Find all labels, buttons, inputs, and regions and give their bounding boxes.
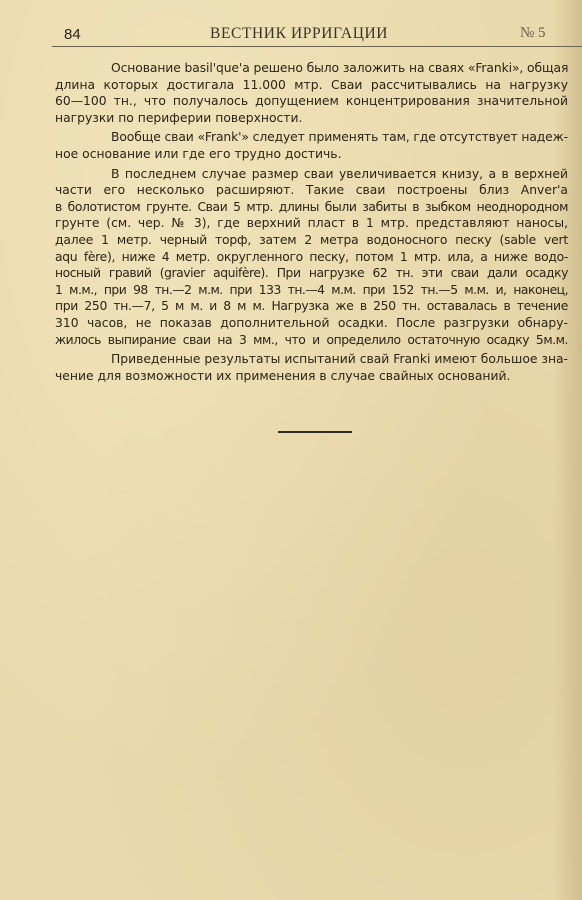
issue-number: № 5	[520, 25, 546, 42]
text-line: в болотистом грунте. Сваи 5 мтр. длины б…	[55, 199, 568, 216]
text-line: Вообще сваи «Frank'» следует применять т…	[55, 129, 568, 146]
article-body: Основание basil'que'a решено было заложи…	[55, 60, 568, 387]
text-line: 60—100 тн., что получалось допущением ко…	[55, 93, 568, 110]
text-line: 1 м.м., при 98 тн.—2 м.м. при 133 тн.—4 …	[55, 282, 568, 299]
text-line: части его несколько расширяют. Такие сва…	[55, 182, 568, 199]
text-line: 310 часов, не показав дополнительной оса…	[55, 315, 568, 332]
text-line: Приведенные результаты испытаний свай Fr…	[55, 351, 568, 368]
text-line: далее 1 метр. черный торф, затем 2 метра…	[55, 232, 568, 249]
document-page: 84 ВЕСТНИК ИРРИГАЦИИ № 5 Основание basil…	[0, 0, 582, 900]
journal-title: ВЕСТНИК ИРРИГАЦИИ	[210, 25, 388, 43]
paragraph-3: В последнем случае размер сваи увеличива…	[55, 166, 568, 349]
running-header: 84 ВЕСТНИК ИРРИГАЦИИ № 5	[52, 22, 582, 47]
text-line: жилось выпирание сваи на 3 мм., что и оп…	[55, 332, 568, 349]
paragraph-4: Приведенные результаты испытаний свай Fr…	[55, 351, 568, 384]
text-line: Основание basil'que'a решено было заложи…	[55, 60, 568, 77]
text-line: ное основание или где его трудно достичь…	[55, 146, 568, 163]
text-line: носный гравий (gravier aquifère). При на…	[55, 265, 568, 282]
page-number: 84	[64, 26, 81, 43]
section-divider	[278, 431, 352, 433]
text-line: грунте (см. чер. № 3), где верхний пласт…	[55, 215, 568, 232]
text-line: чение для возможности их применения в сл…	[55, 368, 568, 385]
text-line: при 250 тн.—7, 5 м м. и 8 м м. Нагрузка …	[55, 298, 568, 315]
paragraph-1: Основание basil'que'a решено было заложи…	[55, 60, 568, 126]
text-line: В последнем случае размер сваи увеличива…	[55, 166, 568, 183]
text-line: aqu fère), ниже 4 метр. округленного пес…	[55, 249, 568, 266]
paragraph-2: Вообще сваи «Frank'» следует применять т…	[55, 129, 568, 162]
text-line: нагрузки по периферии поверхности.	[55, 110, 568, 127]
text-line: длина которых достигала 11.000 мтр. Сваи…	[55, 77, 568, 94]
